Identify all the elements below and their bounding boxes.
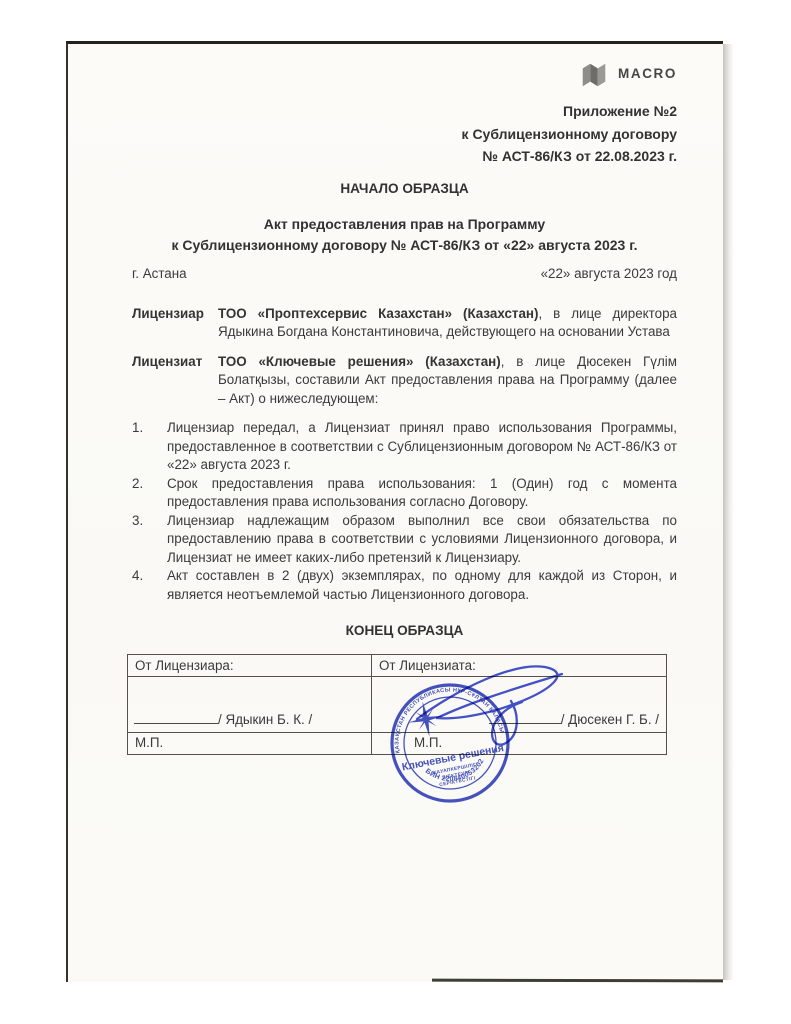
macro-logo: MACRO: [132, 58, 677, 91]
signature-scribble: [399, 657, 579, 787]
sample-start-marker: НАЧАЛО ОБРАЗЦА: [132, 180, 677, 199]
clause-row-1: 1. Лицензиар передал, а Лицензиат принял…: [132, 419, 677, 475]
document-title-line-1: Акт предоставления прав на Программу: [132, 214, 677, 235]
licensor-signature-underline: [134, 722, 218, 724]
scan-background: MACRO Приложение №2 к Сублицензионному д…: [0, 0, 791, 1024]
clause-number: 3.: [132, 512, 167, 568]
clause-number: 1.: [132, 419, 167, 475]
date-label: «22» августа 2023 год: [541, 265, 677, 284]
licensor-header-cell: От Лицензиара:: [128, 654, 372, 677]
clause-row-4: 4. Акт составлен в 2 (двух) экземплярах,…: [132, 567, 677, 604]
licensee-label: Лицензиат: [132, 353, 218, 409]
signature-header-row: От Лицензиара: От Лицензиата:: [128, 654, 667, 677]
appendix-line-2: к Сублицензионному договору: [132, 123, 677, 146]
clause-number: 4.: [132, 567, 167, 604]
city-label: г. Астана: [132, 265, 187, 284]
clauses-list: 1. Лицензиар передал, а Лицензиат принял…: [132, 419, 677, 604]
licensor-seal-cell: М.П.: [128, 733, 372, 755]
city-date-row: г. Астана «22» августа 2023 год: [132, 265, 677, 284]
licensee-company: ТОО «Ключевые решения» (Казахстан): [218, 354, 501, 369]
clause-text: Лицензиар передал, а Лицензиат принял пр…: [167, 419, 677, 475]
sample-end-marker: КОНЕЦ ОБРАЗЦА: [132, 622, 677, 641]
clause-text: Лицензиар надлежащим образом выполнил вс…: [167, 512, 677, 568]
appendix-line-1: Приложение №2: [132, 100, 677, 123]
licensor-party-row: Лицензиар ТОО «Проптехсервис Казахстан» …: [132, 305, 677, 342]
licensee-party-row: Лицензиат ТОО «Ключевые решения» (Казахс…: [132, 353, 677, 409]
macro-logo-icon: [578, 59, 610, 91]
document-content: MACRO Приложение №2 к Сублицензионному д…: [132, 44, 677, 755]
document-title: Акт предоставления прав на Программу к С…: [132, 214, 677, 256]
licensee-text: ТОО «Ключевые решения» (Казахстан), в ли…: [218, 353, 677, 409]
clause-row-2: 2. Срок предоставления права использован…: [132, 475, 677, 512]
appendix-header: Приложение №2 к Сублицензионному договор…: [132, 100, 677, 168]
licensor-label: Лицензиар: [132, 305, 218, 342]
clause-text: Срок предоставления права использования:…: [167, 475, 677, 512]
licensor-signature-name: / Ядыкин Б. К. /: [218, 712, 312, 727]
document-page: MACRO Приложение №2 к Сублицензионному д…: [66, 41, 723, 982]
clause-text: Акт составлен в 2 (двух) экземплярах, по…: [167, 567, 677, 604]
appendix-line-3: № АСТ-86/КЗ от 22.08.2023 г.: [132, 145, 677, 168]
clause-row-3: 3. Лицензиар надлежащим образом выполнил…: [132, 512, 677, 568]
clause-number: 2.: [132, 475, 167, 512]
page-right-shadow: [723, 44, 734, 980]
licensor-signature-cell: / Ядыкин Б. К. /: [128, 677, 372, 733]
document-title-line-2: к Сублицензионному договору № АСТ-86/КЗ …: [132, 235, 677, 256]
licensor-company: ТОО «Проптехсервис Казахстан» (Казахстан…: [218, 306, 538, 321]
licensor-text: ТОО «Проптехсервис Казахстан» (Казахстан…: [218, 305, 677, 342]
macro-logo-text: MACRO: [618, 65, 677, 84]
